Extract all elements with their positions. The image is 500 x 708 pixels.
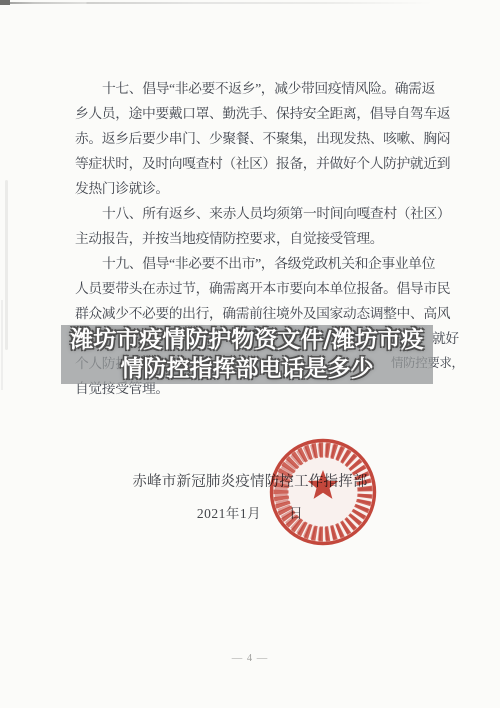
headline-line-2: 情防控指挥部电话是多少 [61, 355, 433, 384]
body-line: 主动报告，并按当地疫情防控要求，自觉接受管理。 [75, 226, 433, 251]
scan-artifact-streak [5, 180, 8, 350]
body-line: 发热门诊就诊。 [75, 176, 433, 201]
official-red-seal-icon [267, 437, 379, 549]
scan-artifact-corner-mark [0, 0, 10, 5]
headline-line-1: 潍坊市疫情防护物资文件/潍坊市疫 [61, 326, 433, 355]
body-line: 乡人员，途中要戴口罩、勤洗手、保持安全距离，倡导自驾车返 [75, 101, 433, 126]
body-line: 等症状时，及时向嘎查村（社区）报备，并做好个人防护就近到 [75, 151, 433, 176]
scan-artifact-streak [1, 300, 3, 390]
body-line: 十八、所有返乡、来赤人员均须第一时间向嘎查村（社区） [75, 201, 433, 226]
scan-artifact-top-line [0, 2, 432, 4]
headline-overlay-band: 潍坊市疫情防护物资文件/潍坊市疫 情防控指挥部电话是多少 [61, 325, 433, 384]
body-line: 十九、倡导“非必要不出市”，各级党政机关和企事业单位 [75, 251, 433, 276]
signature-organization: 赤峰市新冠肺炎疫情防控工作指挥部 [0, 470, 500, 491]
signature-date: 2021年1月 日 [0, 502, 500, 522]
body-line: 赤。返乡后要少串门、少聚餐、不聚集，出现发热、咳嗽、胸闷 [75, 126, 433, 151]
page-number: — 4 — [0, 653, 500, 664]
scanned-document-page: 十七、倡导“非必要不返乡”，减少带回疫情风险。确需返乡人员，途中要戴口罩、勤洗手… [0, 0, 500, 708]
partially-covered-text-fragment: 就好 [432, 326, 459, 351]
body-line: 人员要带头在赤过节，确需离开本市要向本单位报备。倡导市民 [75, 276, 433, 301]
body-line: 十七、倡导“非必要不返乡”，减少带回疫情风险。确需返 [75, 76, 433, 101]
body-line: 群众减少不必要的出行，确需前往境外及国家动态调整中、高风 [75, 301, 433, 326]
